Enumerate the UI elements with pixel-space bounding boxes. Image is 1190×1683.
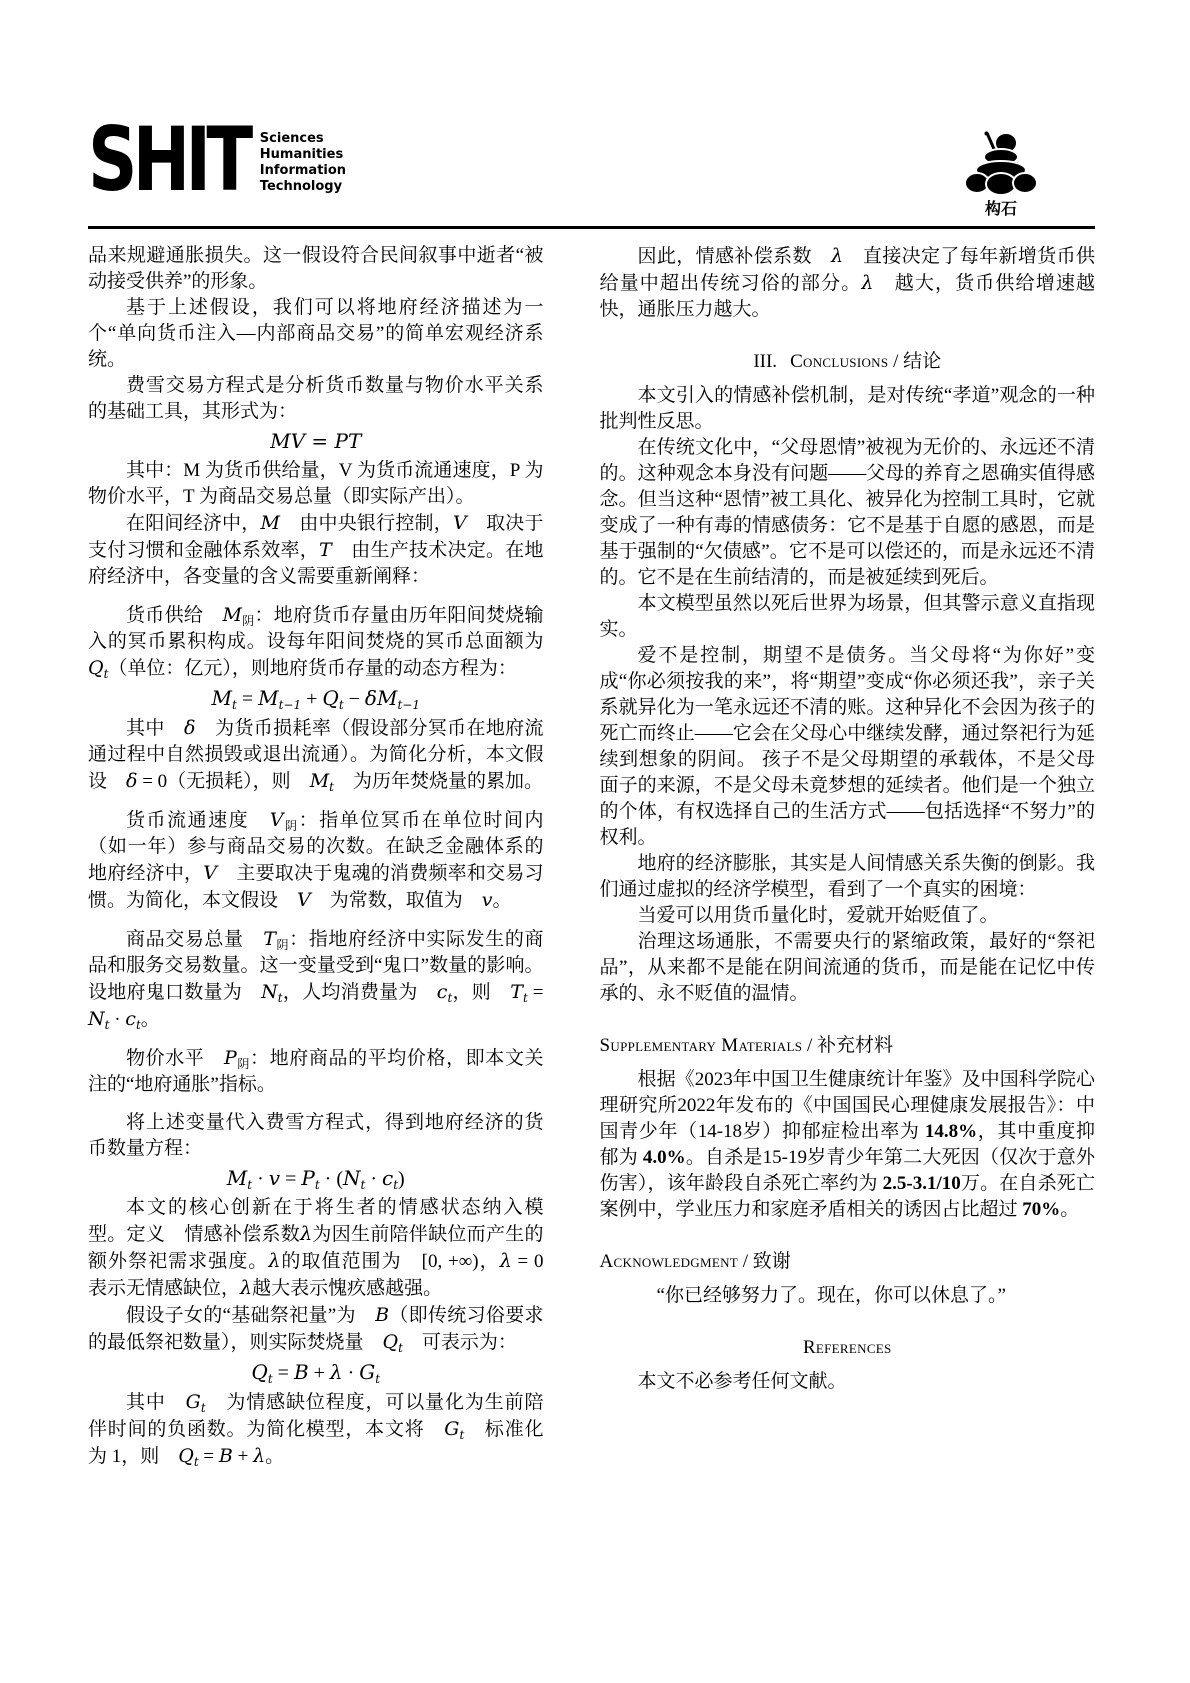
two-column-body: 品来规避通胀损失。这一假设符合民间叙事中逝者“被动接受供养”的形象。 基于上述假… bbox=[88, 243, 1095, 1470]
section-heading-references: References bbox=[600, 1335, 1095, 1361]
paragraph-velocity: 货币流通速度 V阴：指单位冥币在单位时间内（如一年）参与商品交易的次数。在缺乏金… bbox=[88, 807, 544, 914]
paragraph: 在阳间经济中，M 由中央银行控制，V 取决于支付习惯和金融体系效率，T 由生产技… bbox=[88, 510, 544, 590]
section-heading-conclusions: III.Conclusions / 结论 bbox=[600, 349, 1095, 375]
section-heading-acknowledgment: Acknowledgment / 致谢 bbox=[600, 1249, 1095, 1275]
column-right: 因此，情感补偿系数 λ 直接决定了每年新增货币供给量中超出传统习俗的部分。λ 越… bbox=[600, 243, 1095, 1470]
paragraph: 治理这场通胀，不需要央行的紧缩政策，最好的“祭祀品”，从来都不是能在阴间流通的货… bbox=[600, 929, 1095, 1007]
paragraph: 品来规避通胀损失。这一假设符合民间叙事中逝者“被动接受供养”的形象。 bbox=[88, 243, 544, 295]
formula-burning-quantity: Qt = B + λ · Gt bbox=[88, 1359, 544, 1386]
paragraph-transactions: 商品交易总量 T阴：指地府经济中实际发生的商品和服务交易数量。这一变量受到“鬼口… bbox=[88, 926, 544, 1033]
publisher-logo: 构石 bbox=[965, 130, 1037, 218]
paragraph: 因此，情感补偿系数 λ 直接决定了每年新增货币供给量中超出传统习俗的部分。λ 越… bbox=[600, 243, 1095, 323]
paragraph: 其中 δ 为货币损耗率（假设部分冥币在地府流通过程中自然损毁或退出流通）。为简化… bbox=[88, 715, 544, 795]
paragraph: 费雪交易方程式是分析货币数量与物价水平关系的基础工具，其形式为： bbox=[88, 373, 544, 425]
paragraph: 其中 Gt 为情感缺位程度，可以量化为生前陪伴时间的负函数。为简化模型，本文将 … bbox=[88, 1389, 544, 1470]
paragraph: 假设子女的“基础祭祀量”为 B（即传统习俗要求的最低祭祀数量），则实际焚烧量 Q… bbox=[88, 1302, 544, 1356]
paragraph: 当爱可以用货币量化时，爱就开始贬值了。 bbox=[600, 903, 1095, 929]
header-rule bbox=[88, 226, 1095, 229]
journal-masthead: SHIT Sciences Humanities Information Tec… bbox=[88, 126, 1095, 218]
paragraph: 本文模型虽然以死后世界为场景，但其警示意义直指现实。 bbox=[600, 591, 1095, 643]
paragraph: 将上述变量代入费雪方程式，得到地府经济的货币数量方程： bbox=[88, 1110, 544, 1162]
paper-page: SHIT Sciences Humanities Information Tec… bbox=[0, 0, 1190, 1683]
formula-quantity-equation: Mt · v = Pt · (Nt · ct) bbox=[88, 1165, 544, 1192]
paragraph-price-level: 物价水平 P阴：地府商品的平均价格，即本文关注的“地府通胀”指标。 bbox=[88, 1045, 544, 1098]
column-left: 品来规避通胀损失。这一假设符合民间叙事中逝者“被动接受供养”的形象。 基于上述假… bbox=[88, 243, 544, 1470]
paragraph: 基于上述假设，我们可以将地府经济描述为一个“单向货币注入—内部商品交易”的简单宏… bbox=[88, 295, 544, 373]
journal-logo: SHIT Sciences Humanities Information Tec… bbox=[88, 126, 346, 195]
publisher-name: 构石 bbox=[965, 200, 1037, 218]
formula-money-stock: Mt = Mt−1 + Qt − δMt−1 bbox=[88, 685, 544, 712]
paragraph: 在传统文化中，“父母恩情”被视为无价的、永远还不清的。这种观念本身没有问题——父… bbox=[600, 435, 1095, 591]
stone-cairn-icon bbox=[965, 130, 1037, 194]
formula-fisher-equation: MV = PT bbox=[88, 428, 544, 455]
paragraph: 爱不是控制，期望不是债务。当父母将“为你好”变成“你必须按我的来”，将“期望”变… bbox=[600, 643, 1095, 851]
paragraph: 本文引入的情感补偿机制，是对传统“孝道”观念的一种批判性反思。 bbox=[600, 383, 1095, 435]
acknowledgment-quote: “你已经够努力了。现在，你可以休息了。” bbox=[600, 1283, 1095, 1309]
journal-name: Sciences Humanities Information Technolo… bbox=[260, 126, 346, 195]
paragraph: 其中：M 为货币供给量，V 为货币流通速度，P 为物价水平，T 为商品交易总量（… bbox=[88, 458, 544, 510]
paragraph: 本文不必参考任何文献。 bbox=[600, 1369, 1095, 1395]
journal-acronym: SHIT bbox=[88, 126, 249, 194]
paragraph-statistics: 根据《2023年中国卫生健康统计年鉴》及中国科学院心理研究所2022年发布的《中… bbox=[600, 1067, 1095, 1223]
section-heading-supplementary: Supplementary Materials / 补充材料 bbox=[600, 1033, 1095, 1059]
paragraph-lambda-definition: 本文的核心创新在于将生者的情感状态纳入模型。定义 情感补偿系数λ为因生前陪伴缺位… bbox=[88, 1195, 544, 1302]
paragraph: 地府的经济膨胀，其实是人间情感关系失衡的倒影。我们通过虚拟的经济学模型，看到了一… bbox=[600, 851, 1095, 903]
paragraph-money-supply: 货币供给 M阴：地府货币存量由历年阳间焚烧输入的冥币累积构成。设每年阳间焚烧的冥… bbox=[88, 602, 544, 682]
